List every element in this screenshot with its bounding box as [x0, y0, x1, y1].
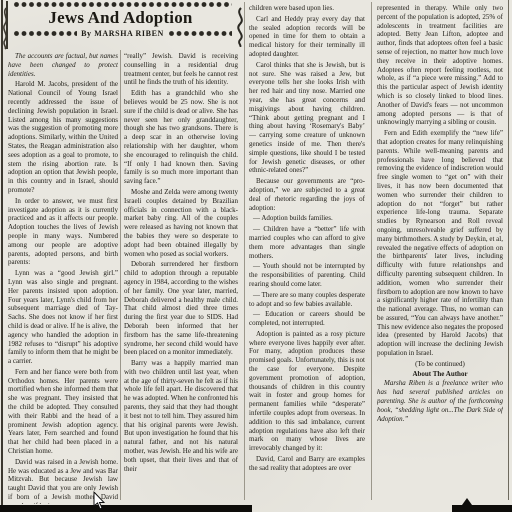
- article-paragraph: children were based upon lies.: [249, 4, 365, 13]
- clipping-right-edge: [508, 0, 509, 500]
- article-paragraph: Harold M. Jacobs, president of the Natio…: [8, 80, 118, 194]
- about-the-author-text: Marsha Riben is a freelance writer who h…: [377, 379, 503, 423]
- byline-ornament-left: [13, 30, 77, 37]
- bottom-bar-notch: [462, 498, 472, 505]
- article-paragraph: “really” Jewish. David is receiving coun…: [124, 52, 238, 87]
- article-paragraph: Fern and Edith exemplify the “new life” …: [377, 129, 503, 358]
- article-list-item: — Adoption builds families.: [249, 214, 365, 223]
- article-paragraph: represented in therapy. While only two p…: [377, 4, 503, 127]
- clipping-left-edge: [1, 0, 3, 505]
- newspaper-clipping: Jews And Adoption By MARSHA RIBEN The ac…: [0, 0, 512, 512]
- article-paragraph: Edith has a grandchild who she believes …: [124, 89, 238, 186]
- article-column-4: represented in therapy. While only two p…: [377, 4, 503, 504]
- article-masthead: Jews And Adoption By MARSHA RIBEN: [6, 1, 242, 49]
- article-paragraph: Fern and her fiance were both from Ortho…: [8, 368, 118, 456]
- article-paragraph: Deborah surrendered her firstborn child …: [124, 260, 238, 357]
- article-paragraph: Carol thinks that she is Jewish, but is …: [249, 61, 365, 175]
- article-paragraph: Lynn was a “good Jewish girl.” Lynn was …: [8, 269, 118, 366]
- article-column-1: The accounts are factual, but names have…: [8, 52, 118, 504]
- article-list-item: — Education or careers should be complet…: [249, 310, 365, 328]
- article-title: Jews And Adoption: [13, 8, 228, 28]
- article-byline: By MARSHA RIBEN: [81, 29, 164, 38]
- article-paragraph: Moshe and Zelda were among twenty Israel…: [124, 188, 238, 258]
- column-rule-1: [120, 50, 121, 500]
- about-the-author-heading: About The Author: [377, 370, 503, 379]
- article-paragraph: Adoption is painted as a rosy picture wh…: [249, 330, 365, 453]
- top-ornament-band: [13, 1, 232, 8]
- article-list-item: — There are so many couples desperate to…: [249, 291, 365, 309]
- article-paragraph: The accounts are factual, but names have…: [8, 52, 118, 78]
- to-be-continued-note: (To be continued): [377, 360, 503, 369]
- bottom-black-bar-left: [0, 505, 252, 512]
- column-rule-2: [244, 2, 245, 500]
- bottom-black-bar-right: [452, 505, 512, 512]
- article-list-item: — Children have a “better” life with mar…: [249, 225, 365, 260]
- article-column-2: “really” Jewish. David is receiving coun…: [124, 52, 238, 504]
- article-paragraph: In order to answer, we must first invest…: [8, 197, 118, 267]
- byline-row: By MARSHA RIBEN: [13, 29, 232, 38]
- article-column-3: children were based upon lies. Carl and …: [249, 4, 365, 504]
- article-list-item: — Youth should not be interrupted by the…: [249, 262, 365, 288]
- article-paragraph: David, Carol and Barry are examples the …: [249, 455, 365, 473]
- mouse-cursor-icon: [92, 492, 105, 510]
- byline-ornament-right: [168, 30, 232, 37]
- article-paragraph: Because our governments are “pro-adoptio…: [249, 177, 365, 212]
- column-rule-3: [371, 2, 372, 500]
- article-paragraph: Barry was a happily married man with two…: [124, 359, 238, 473]
- article-paragraph: Carl and Heddy pray every day that the s…: [249, 15, 365, 59]
